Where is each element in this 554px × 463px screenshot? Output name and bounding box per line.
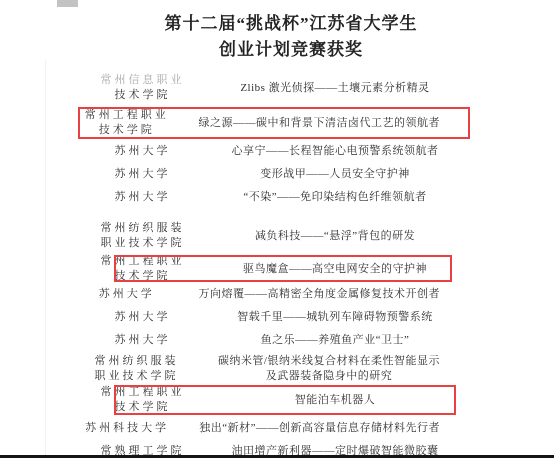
project-cell: 变形战甲——人员安全守护神 [230, 163, 440, 186]
project-line: 心享宁——长程智能心电预警系统领航者 [232, 144, 439, 159]
institution-line: 技术学院 [99, 123, 155, 138]
institution-line: 苏州科技大学 [85, 421, 169, 436]
project-cell: 独出“新材”——创新高容量信息存储材料先行者 [199, 417, 440, 440]
table-row: 苏州大学心享宁——长程智能心电预警系统领航者 [55, 140, 440, 163]
table-row: 常州工程职业技术学院驱鸟魔盒——高空电网安全的守护神 [55, 255, 440, 283]
award-table: 常州信息职业技术学院Zlibs 激光侦探——土壤元素分析精灵常州工程职业技术学院… [55, 70, 440, 462]
institution-line: 技术学院 [115, 88, 171, 103]
project-line: 智载千里——城轨列车障碍物预警系统 [237, 310, 433, 325]
institution-line: 常州工程职业 [101, 254, 185, 269]
project-line: 绿之源——碳中和背景下清洁卤代工艺的领航者 [199, 116, 441, 131]
project-line: 变形战甲——人员安全守护神 [260, 167, 410, 182]
institution-cell: 苏州大学 [55, 306, 230, 329]
table-row: 常熟理工学院油田增产新利器——定时爆破智能微胶囊 [55, 440, 440, 462]
table-row: 苏州科技大学独出“新材”——创新高容量信息存储材料先行者 [55, 417, 440, 440]
institution-cell: 苏州大学 [55, 186, 230, 209]
project-line: 万向熔覆——高精密全角度金属修复技术开创者 [199, 287, 441, 302]
institution-cell: 常州工程职业技术学院 [55, 106, 199, 140]
institution-line: 职业技术学院 [101, 236, 185, 251]
institution-line: 常州纺织服装 [94, 354, 178, 369]
project-cell: 心享宁——长程智能心电预警系统领航者 [230, 140, 440, 163]
project-cell: 油田增产新利器——定时爆破智能微胶囊 [230, 440, 440, 462]
project-cell: 鱼之乐——养殖鱼产业“卫士” [230, 329, 440, 352]
table-row: 常州纺织服装职业技术学院减负科技——“悬浮”背包的研发 [55, 219, 440, 253]
doc-title-line2: 创业计划竞赛获奖 [28, 37, 554, 63]
project-cell: Zlibs 激光侦探——土壤元素分析精灵 [230, 70, 440, 106]
table-row: 常州工程职业技术学院智能泊车机器人 [55, 385, 440, 415]
project-line: 鱼之乐——养殖鱼产业“卫士” [261, 333, 410, 348]
project-line: 驱鸟魔盒——高空电网安全的守护神 [243, 262, 427, 277]
project-cell: 减负科技——“悬浮”背包的研发 [230, 219, 440, 253]
institution-line: 职业技术学院 [94, 369, 178, 384]
table-row: 苏州大学“不染”——免印染结构色纤维领航者 [55, 186, 440, 209]
institution-line: 苏州大学 [115, 190, 171, 205]
institution-line: 苏州大学 [115, 144, 171, 159]
project-line: Zlibs 激光侦探——土壤元素分析精灵 [240, 81, 429, 96]
institution-line: 常州工程职业 [101, 385, 185, 400]
table-gridline [45, 60, 46, 456]
table-row: 苏州大学变形战甲——人员安全守护神 [55, 163, 440, 186]
institution-line: 苏州大学 [115, 167, 171, 182]
institution-cell: 常州纺织服装职业技术学院 [55, 219, 230, 253]
table-row: 常州纺织服装职业技术学院碳纳米管/银纳米线复合材料在柔性智能显示及武器装备隐身中… [55, 353, 440, 385]
document-page: 第十二届“挑战杯”江苏省大学生 创业计划竞赛获奖 常州信息职业技术学院Zlibs… [0, 0, 554, 463]
institution-line: 常州工程职业 [85, 108, 169, 123]
table-row: 苏州大学智载千里——城轨列车障碍物预警系统 [55, 306, 440, 329]
institution-line: 苏州大学 [115, 333, 171, 348]
institution-cell: 常州工程职业技术学院 [55, 385, 230, 415]
institution-line: 技术学院 [115, 400, 171, 415]
project-cell: 万向熔覆——高精密全角度金属修复技术开创者 [199, 283, 441, 306]
institution-line: 常州纺织服装 [101, 221, 185, 236]
doc-title: 第十二届“挑战杯”江苏省大学生 创业计划竞赛获奖 [0, 11, 554, 63]
project-cell: 碳纳米管/银纳米线复合材料在柔性智能显示及武器装备隐身中的研究 [218, 353, 440, 385]
institution-line: 技术学院 [115, 269, 171, 284]
project-line: 碳纳米管/银纳米线复合材料在柔性智能显示 [218, 354, 440, 369]
institution-cell: 苏州大学 [55, 163, 230, 186]
scan-artifact [57, 0, 78, 7]
project-line: 及武器装备隐身中的研究 [266, 369, 393, 384]
table-row: 苏州大学鱼之乐——养殖鱼产业“卫士” [55, 329, 440, 352]
institution-cell: 常熟理工学院 [55, 440, 230, 462]
project-line: “不染”——免印染结构色纤维领航者 [243, 190, 426, 205]
institution-line: 苏州大学 [115, 310, 171, 325]
institution-cell: 苏州科技大学 [55, 417, 199, 440]
institution-cell: 苏州大学 [55, 283, 199, 306]
project-cell: 智载千里——城轨列车障碍物预警系统 [230, 306, 440, 329]
project-cell: 驱鸟魔盒——高空电网安全的守护神 [230, 255, 440, 283]
table-row: 苏州大学万向熔覆——高精密全角度金属修复技术开创者 [55, 283, 440, 306]
institution-line: 苏州大学 [99, 287, 155, 302]
institution-cell: 常州信息职业技术学院 [55, 70, 230, 106]
table-row: 常州工程职业技术学院绿之源——碳中和背景下清洁卤代工艺的领航者 [55, 106, 440, 140]
project-line: 减负科技——“悬浮”背包的研发 [255, 229, 415, 244]
table-row: 常州信息职业技术学院Zlibs 激光侦探——土壤元素分析精灵 [55, 70, 440, 106]
institution-cell: 常州工程职业技术学院 [55, 255, 230, 283]
project-cell: 绿之源——碳中和背景下清洁卤代工艺的领航者 [199, 106, 441, 140]
institution-line: 常州信息职业 [101, 73, 185, 88]
bottom-rule [0, 455, 554, 458]
project-line: 独出“新材”——创新高容量信息存储材料先行者 [199, 421, 440, 436]
doc-title-line1: 第十二届“挑战杯”江苏省大学生 [28, 11, 554, 37]
project-cell: 智能泊车机器人 [230, 385, 440, 415]
institution-cell: 苏州大学 [55, 329, 230, 352]
institution-cell: 苏州大学 [55, 140, 230, 163]
project-line: 智能泊车机器人 [295, 393, 376, 408]
project-cell: “不染”——免印染结构色纤维领航者 [230, 186, 440, 209]
institution-cell: 常州纺织服装职业技术学院 [55, 353, 218, 385]
